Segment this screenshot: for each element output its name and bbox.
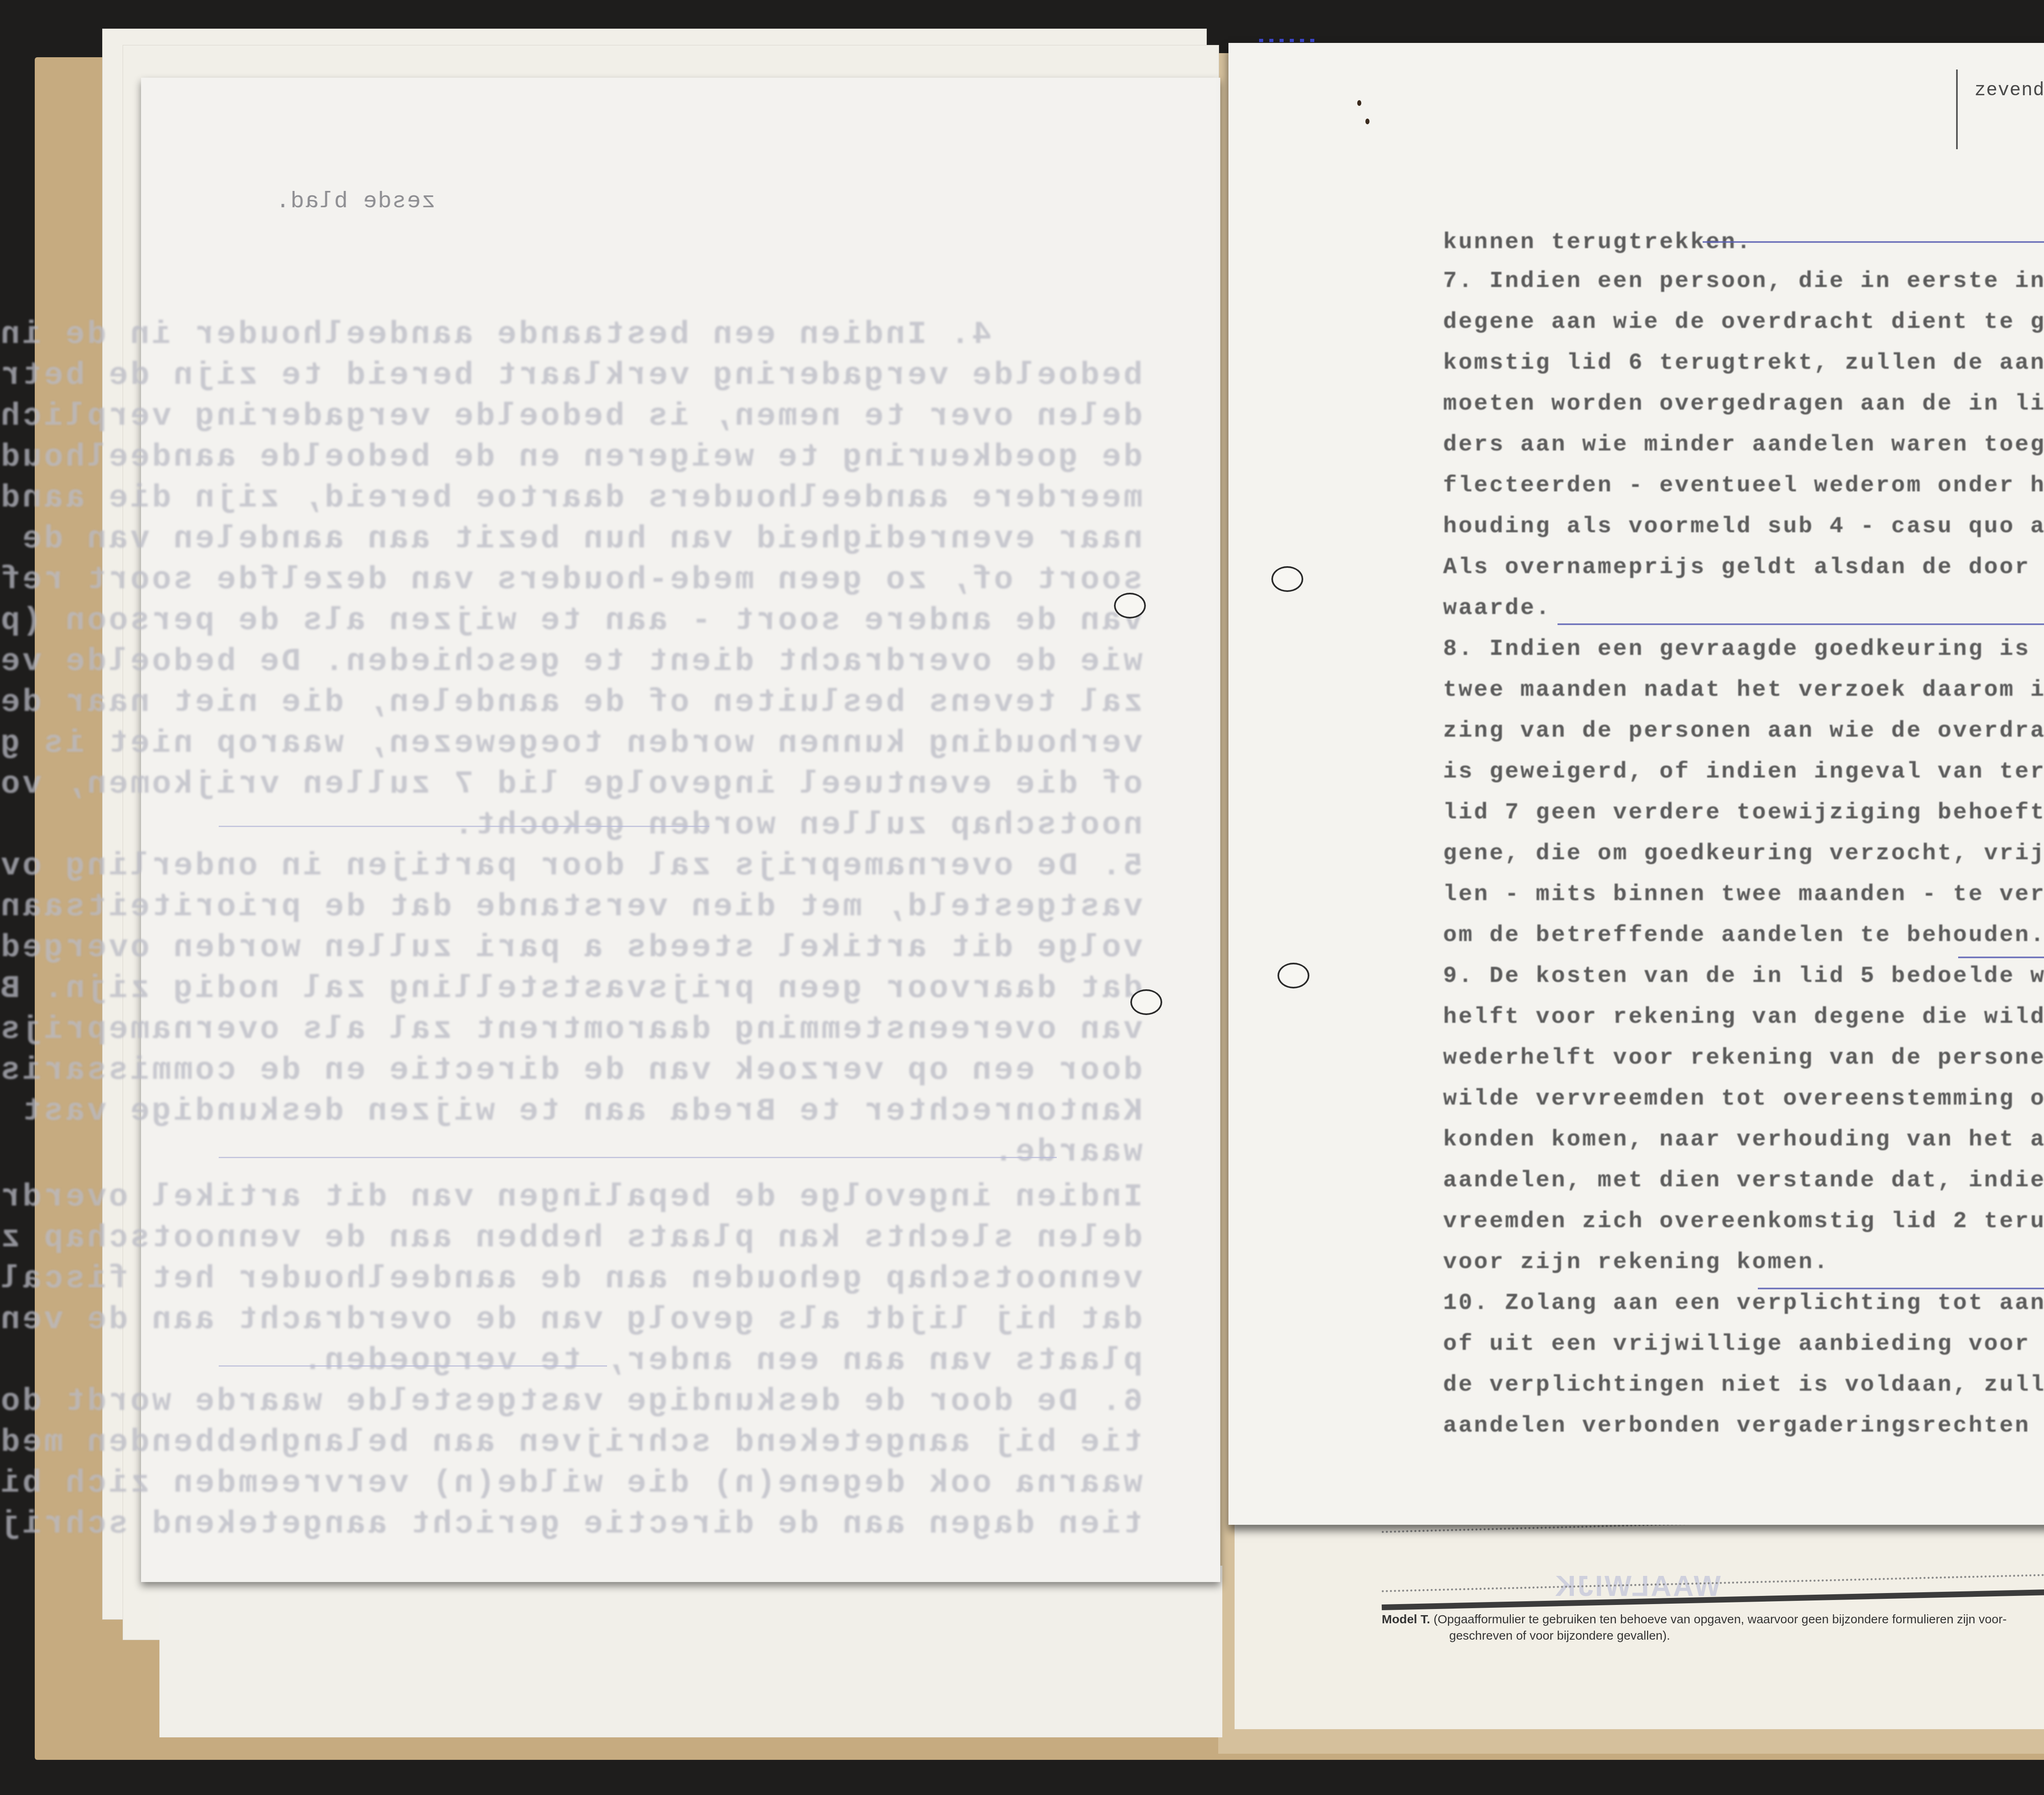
ghost-line: dat hij lijdt als gevolg van de overdrac… — [223, 1302, 1143, 1338]
ghost-line: delen slechts kan plaats hebben aan de v… — [223, 1220, 1143, 1256]
ghost-line: bedoelde vergadering verklaart bereid te… — [223, 358, 1143, 394]
ghost-line: tien dagen aan de directie gericht aange… — [223, 1506, 1143, 1542]
ink-speck — [1365, 119, 1369, 124]
text-line: of uit een vrijwillige aanbieding voor d… — [1443, 1331, 2044, 1357]
pen-fill-rule — [1758, 1288, 2044, 1289]
text-line: gene, die om goedkeuring verzocht, vrij … — [1443, 840, 2044, 866]
ghost-line: meerdere aandeelhouders daartoe bereid, … — [223, 480, 1143, 516]
text-line: twee maanden nadat het verzoek daarom is… — [1443, 677, 2044, 703]
ghost-line: 4. Indien een bestaande aandeelhouder in… — [72, 317, 991, 353]
left-page-reverse: 4. Indien een bestaande aandeelhouder in… — [141, 78, 1220, 1582]
ghost-line: waarde. — [223, 1134, 1143, 1170]
text-line: 10. Zolang aan een verplichting tot aanb… — [1443, 1290, 2044, 1316]
text-line: houding als voormeld sub 4 - casu quo aa… — [1443, 513, 2044, 539]
ghost-line: zal tevens besluiten of de aandelen, die… — [223, 685, 1143, 721]
model-label: Model T. — [1382, 1613, 1430, 1626]
text-line: 9. De kosten van de in lid 5 bedoelde wa… — [1443, 963, 2044, 989]
text-line: lid 7 geen verdere toewijziging behoeft … — [1443, 799, 2044, 825]
ghost-pen-rule — [219, 1157, 1057, 1158]
ghost-line: naar evenredigheid van hun bezit aan aan… — [223, 521, 1143, 557]
mirrored-reverse-text: 4. Indien een bestaande aandeelhouder in… — [141, 78, 1220, 1582]
left-underlying-sheet — [159, 1566, 1222, 1737]
punch-hole — [1114, 593, 1146, 619]
ghost-line: de goedkeuring te weigeren en de bedoeld… — [223, 439, 1143, 475]
punch-hole — [1271, 566, 1303, 592]
left-page-header: zesde blad. — [275, 188, 435, 214]
pen-mark — [1956, 69, 1958, 149]
text-line: konden komen, naar verhouding van het aa… — [1443, 1126, 2044, 1152]
ghost-line: vastgesteld, met dien verstande dat de p… — [223, 889, 1143, 925]
ghost-line: soort of, zo geen mede-houders van dezel… — [223, 562, 1143, 598]
text-line: 7. Indien een persoon, die in eerste ins… — [1443, 268, 2044, 294]
ink-speck — [1357, 100, 1361, 106]
ghost-line: van overeenstemming daaromtrent zal als … — [223, 1012, 1143, 1048]
text-line: len - mits binnen twee maanden - te verv… — [1443, 881, 2044, 907]
text-line: degene aan wie de overdracht dient te ge… — [1443, 309, 2044, 335]
form-model-caption: Model T. (Opgaafformulier te gebruiken t… — [1382, 1613, 2007, 1643]
punch-hole — [1130, 989, 1162, 1015]
ghost-line: van de andere soort - aan te wijzen als … — [223, 603, 1143, 639]
ghost-line: waarna ook degene(n) die wilde(n) vervre… — [223, 1466, 1143, 1501]
text-line: wederhelft voor rekening van de personen… — [1443, 1044, 2044, 1071]
text-line: voor zijn rekening komen. — [1443, 1249, 1829, 1275]
ghost-line: vennootschap gehouden aan de aandeelhoud… — [223, 1261, 1143, 1297]
ghost-line: wie de overdracht dient te geschieden. D… — [223, 644, 1143, 680]
ghost-line: delen over te nemen, is bedoelde vergade… — [223, 399, 1143, 435]
text-line: zing van de personen aan wie de overdrac… — [1443, 717, 2044, 744]
text-line: wilde vervreemden tot overeenstemming om… — [1443, 1085, 2044, 1112]
ghost-line: door een op verzoek van de directie en d… — [223, 1053, 1143, 1089]
text-line: de verplichtingen niet is voldaan, zulle… — [1443, 1371, 2044, 1398]
text-line: 8. Indien een gevraagde goedkeuring is v… — [1443, 636, 2044, 662]
ghost-line: tie bij aangetekend schrijven aan belang… — [223, 1425, 1143, 1461]
text-line: flecteerden - eventueel wederom onder he… — [1443, 472, 2044, 498]
pen-fill-rule — [1558, 623, 2044, 625]
ghost-pen-rule — [219, 1365, 607, 1367]
text-line: waarde. — [1443, 595, 1551, 621]
text-line: aandelen, met dien verstande dat, indien… — [1443, 1167, 2044, 1193]
text-line: moeten worden overgedragen aan de in lid… — [1443, 390, 2044, 417]
ghost-line: volge dit artikel steeds a pari zullen w… — [223, 930, 1143, 966]
ghost-line: plaats van aan een ander, te vergoeden. — [223, 1343, 1143, 1379]
right-page-header: zevende blad. — [1975, 80, 2044, 101]
ghost-line: Indien ingevolge de bepalingen van dit a… — [223, 1179, 1143, 1215]
ghost-line: Kantonrechter te Breda aan te wijzen des… — [223, 1094, 1143, 1129]
pen-fill-rule — [1958, 957, 2044, 958]
text-line: komstig lid 6 terugtrekt, zullen de aan … — [1443, 350, 2044, 376]
text-line: om de betreffende aandelen te behouden. — [1443, 922, 2044, 948]
text-line: aandelen verbonden vergaderingsrechten n… — [1443, 1412, 2044, 1439]
ghost-line: nootschap zullen worden gekocht. — [223, 807, 1143, 843]
blue-dotted-edge — [1259, 39, 1316, 42]
caption-line-1: (Opgaafformulier te gebruiken ten behoev… — [1434, 1613, 2007, 1626]
text-line: Als overnameprijs geldt alsdan de door d… — [1443, 554, 2044, 580]
text-line: is geweigerd, of indien ingeval van teru… — [1443, 758, 2044, 784]
ghost-line: of die eventueel ingevolge lid 7 zullen … — [223, 766, 1143, 802]
ghost-line: 6. De door de deskundige vastgestelde wa… — [223, 1384, 1143, 1420]
text-line: vreemden zich overeenkomstig lid 2 terug… — [1443, 1208, 2044, 1234]
ghost-line: dat daarvoor geen prijsvaststelling zal … — [223, 971, 1143, 1007]
ghost-pen-rule — [219, 826, 709, 827]
caption-line-2: geschreven of voor bijzondere gevallen). — [1382, 1629, 2007, 1643]
text-line: ders aan wie minder aandelen waren toege… — [1443, 431, 2044, 457]
text-line: helft voor rekening van degene die wilde… — [1443, 1004, 2044, 1030]
pen-fill-rule — [1703, 241, 2044, 243]
ghost-line: 5. De overnameprijs zal door partijen in… — [223, 848, 1143, 884]
ghost-line: verhouding kunnen worden toegewezen, waa… — [223, 726, 1143, 762]
punch-hole — [1277, 963, 1309, 988]
